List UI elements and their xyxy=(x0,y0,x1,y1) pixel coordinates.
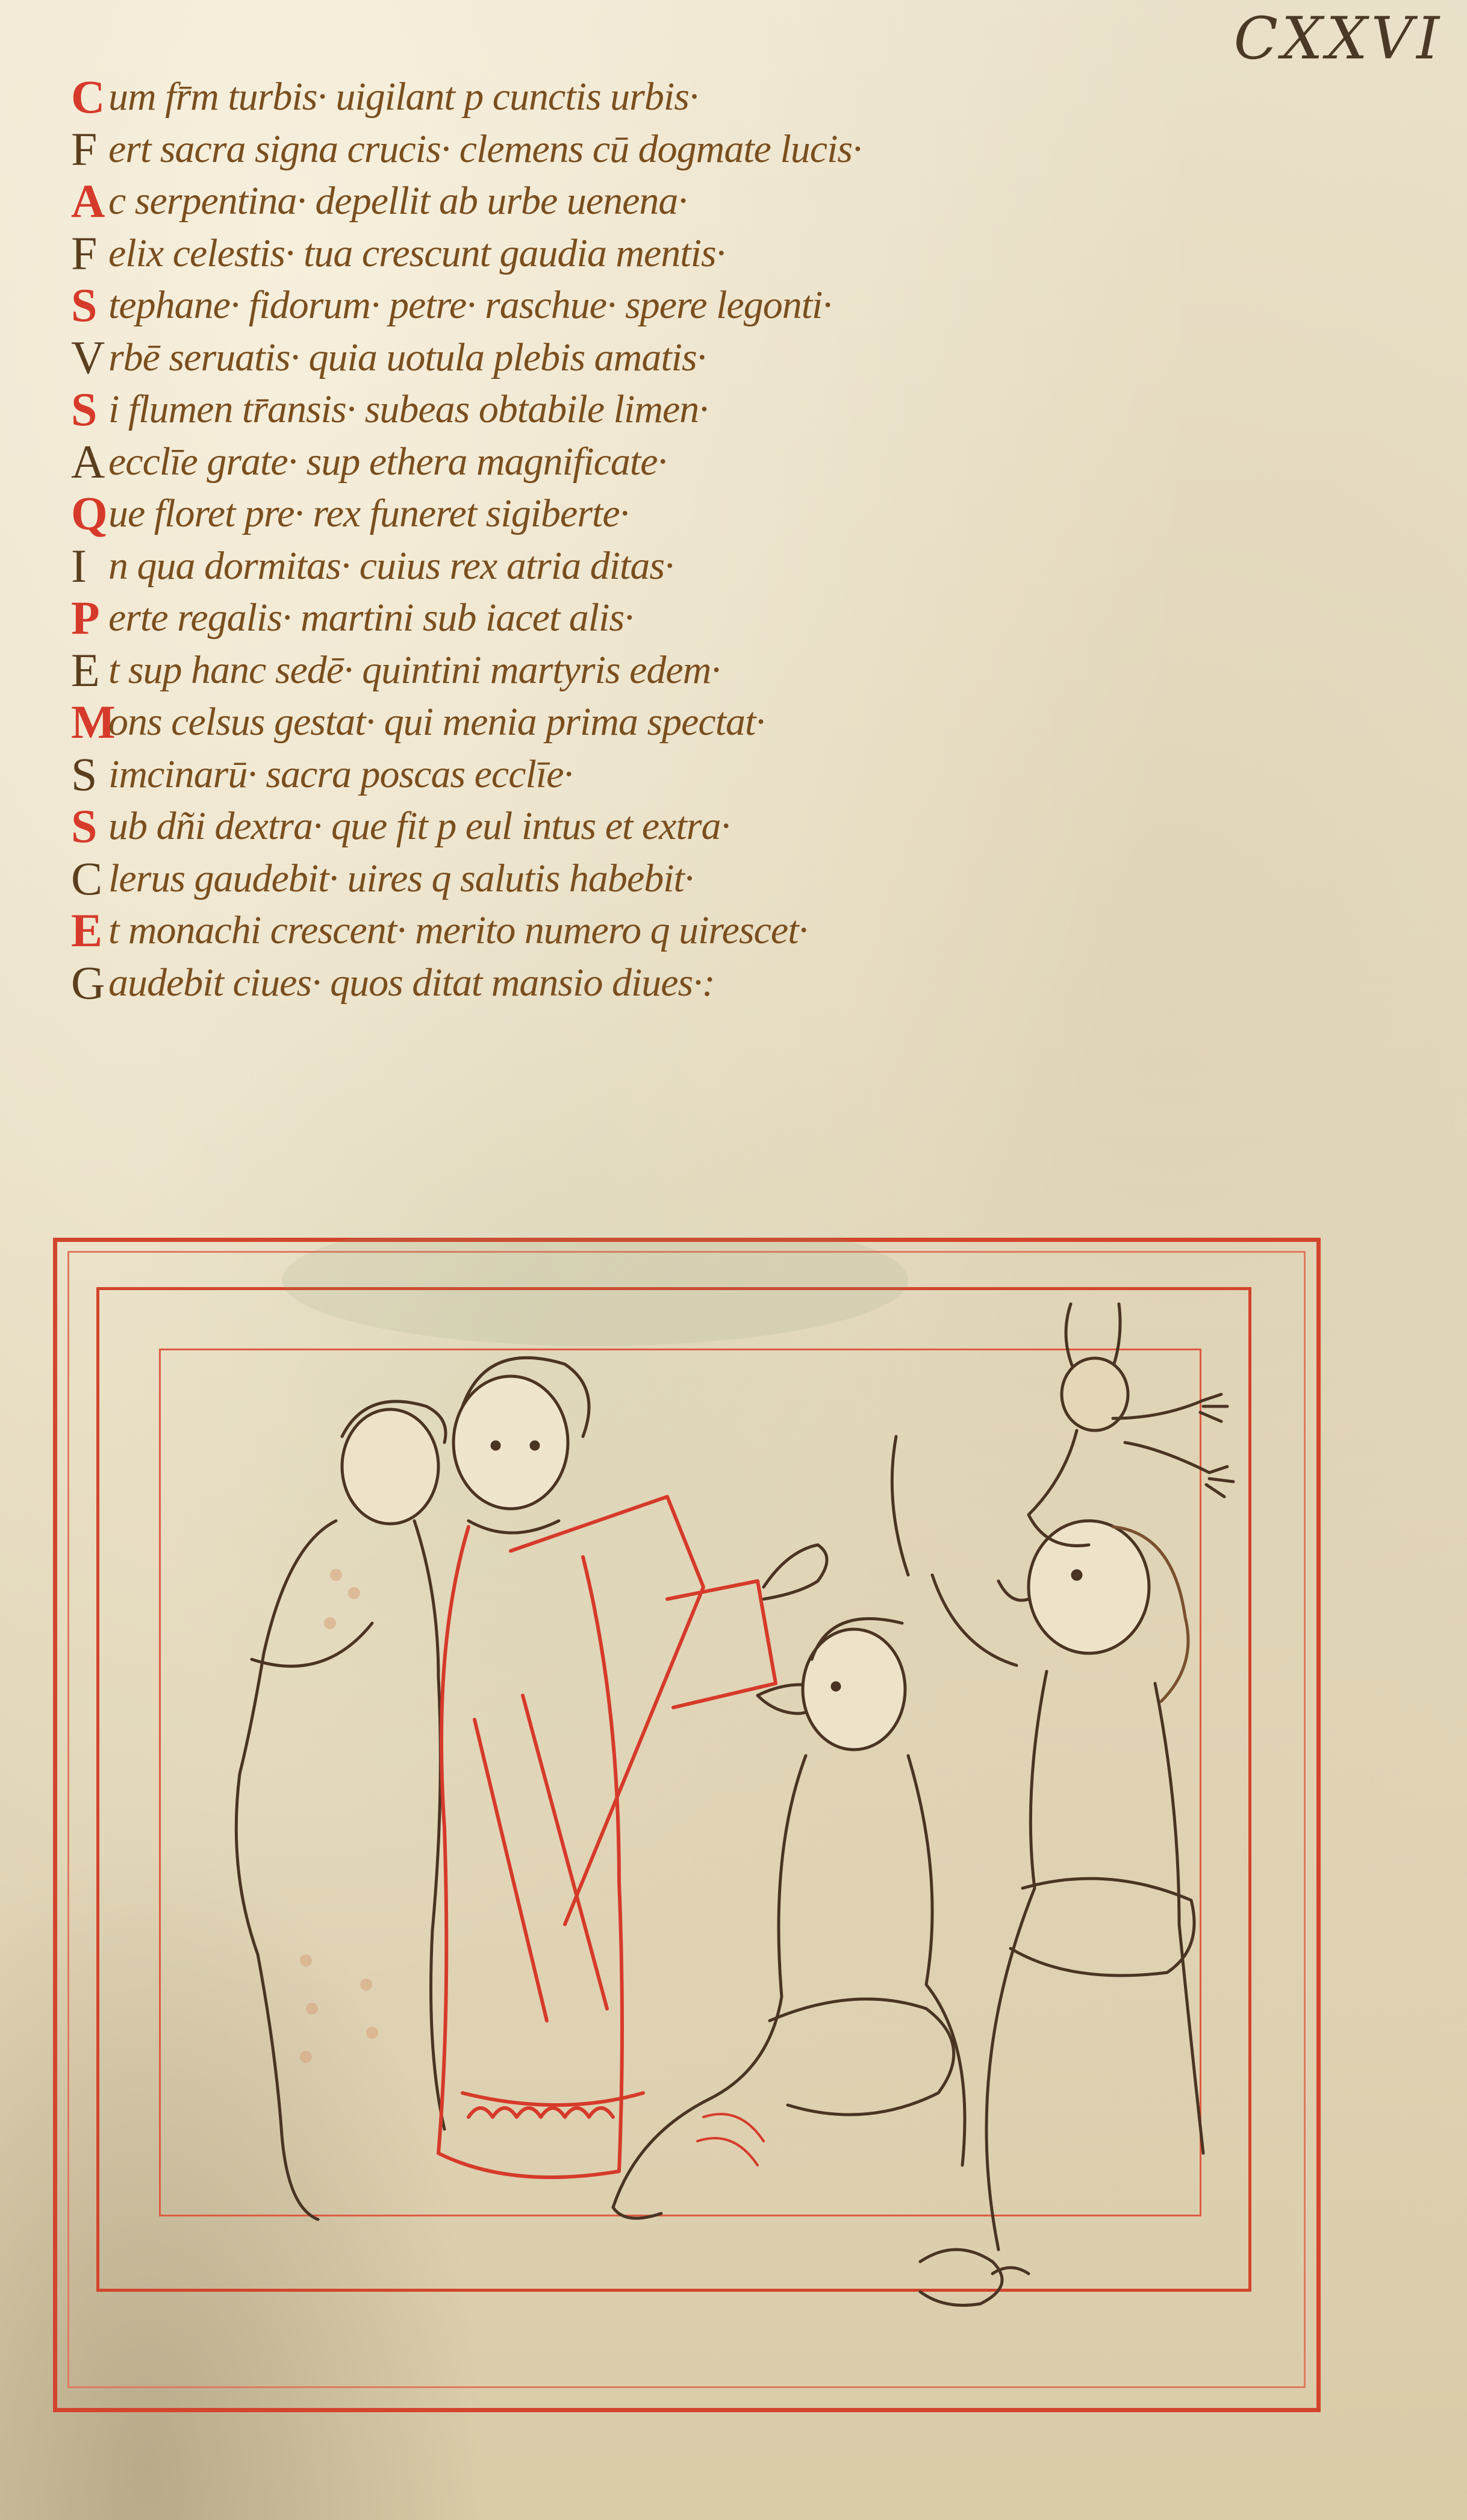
verse-line-text: rbē seruatis· quia uotula plebis amatis· xyxy=(108,335,706,381)
verse-line: Et sup hanc sedē· quintini martyris edem… xyxy=(71,644,1095,697)
plain-initial: F xyxy=(71,126,108,173)
rubricated-initial: M xyxy=(71,699,108,746)
verse-line: Vrbē seruatis· quia uotula plebis amatis… xyxy=(71,332,1095,384)
plain-initial: I xyxy=(71,543,108,590)
plain-initial: F xyxy=(71,230,108,277)
plain-initial: G xyxy=(71,959,108,1006)
manuscript-page: CXXVI Cum fr̄m turbis· uigilant p cuncti… xyxy=(0,0,1467,2520)
verse-line: Stephane· fidorum· petre· raschue· spere… xyxy=(71,279,1095,332)
seated-youth-figure xyxy=(613,1619,965,2219)
rubricated-initial: S xyxy=(71,386,108,433)
rubricated-initial: C xyxy=(71,73,108,120)
verse-line: Fert sacra signa crucis· clemens cū dogm… xyxy=(71,123,1095,176)
verse-line-text: ecclīe grate· sup ethera magnificate· xyxy=(108,439,667,485)
demon-figure xyxy=(1029,1304,1233,1545)
rubricated-initial: P xyxy=(71,594,108,641)
verse-line: Gaudebit ciues· quos ditat mansio diues·… xyxy=(71,957,1095,1009)
plain-initial: C xyxy=(71,855,108,902)
verse-line: Et monachi crescent· merito numero q uir… xyxy=(71,905,1095,957)
verse-line: Mons celsus gestat· qui menia prima spec… xyxy=(71,696,1095,749)
possessed-man-figure xyxy=(892,1436,1203,2250)
verse-line: Cum fr̄m turbis· uigilant p cunctis urbi… xyxy=(71,71,1095,123)
plain-initial: V xyxy=(71,334,108,381)
verse-line-text: n qua dormitas· cuius rex atria ditas· xyxy=(108,543,674,589)
folio-number: CXXVI xyxy=(1234,5,1443,72)
verse-line-text: t sup hanc sedē· quintini martyris edem· xyxy=(108,647,720,693)
rubricated-initial: A xyxy=(71,178,108,225)
verse-line-text: tephane· fidorum· petre· raschue· spere … xyxy=(108,282,832,328)
verse-line-text: t monachi crescent· merito numero q uire… xyxy=(108,908,808,953)
illustration-panel xyxy=(53,1238,1321,2412)
embracing-figure xyxy=(236,1402,446,2219)
verse-line-text: audebit ciues· quos ditat mansio diues·: xyxy=(108,960,715,1006)
rubricated-initial: Q xyxy=(71,490,108,537)
verse-line-text: i flumen tr̄ansis· subeas obtabile limen… xyxy=(108,387,708,432)
verse-line-text: erte regalis· martini sub iacet alis· xyxy=(108,595,634,641)
rubricated-initial: S xyxy=(71,803,108,850)
verse-line-text: imcinarū· sacra poscas ecclīe· xyxy=(108,752,573,797)
verse-line-text: ub dñi dextra· que fit p eul intus et ex… xyxy=(108,803,730,849)
verse-line-text: c serpentina· depellit ab urbe uenena· xyxy=(108,178,687,224)
small-creature xyxy=(920,2250,1029,2306)
verse-text-block: Cum fr̄m turbis· uigilant p cunctis urbi… xyxy=(71,71,1095,1009)
verse-line: Que floret pre· rex funeret sigiberte· xyxy=(71,488,1095,540)
verse-line-text: ue floret pre· rex funeret sigiberte· xyxy=(108,491,629,537)
saint-figure xyxy=(438,1358,830,2177)
verse-line-text: ons celsus gestat· qui menia prima spect… xyxy=(108,699,765,745)
rubricated-initial: S xyxy=(71,282,108,329)
verse-line: Simcinarū· sacra poscas ecclīe· xyxy=(71,749,1095,801)
verse-line: Ac serpentina· depellit ab urbe uenena· xyxy=(71,175,1095,228)
plain-initial: A xyxy=(71,438,108,485)
verse-line: Perte regalis· martini sub iacet alis· xyxy=(71,592,1095,644)
verse-line-text: lerus gaudebit· uires q salutis habebit· xyxy=(108,856,693,902)
verse-line-text: ert sacra signa crucis· clemens cū dogma… xyxy=(108,126,862,172)
verse-line-text: um fr̄m turbis· uigilant p cunctis urbis… xyxy=(108,74,698,120)
verse-line: Clerus gaudebit· uires q salutis habebit… xyxy=(71,853,1095,905)
verse-line-text: elix celestis· tua crescunt gaudia menti… xyxy=(108,231,725,276)
verse-line: Sub dñi dextra· que fit p eul intus et e… xyxy=(71,800,1095,853)
verse-line: Si flumen tr̄ansis· subeas obtabile lime… xyxy=(71,384,1095,436)
verse-line: Aecclīe grate· sup ethera magnificate· xyxy=(71,436,1095,488)
rubricated-initial: E xyxy=(71,907,108,954)
miniature-drawing xyxy=(53,1238,1321,2412)
verse-line: In qua dormitas· cuius rex atria ditas· xyxy=(71,540,1095,593)
verse-line: Felix celestis· tua crescunt gaudia ment… xyxy=(71,228,1095,280)
plain-initial: E xyxy=(71,647,108,694)
plain-initial: S xyxy=(71,751,108,798)
